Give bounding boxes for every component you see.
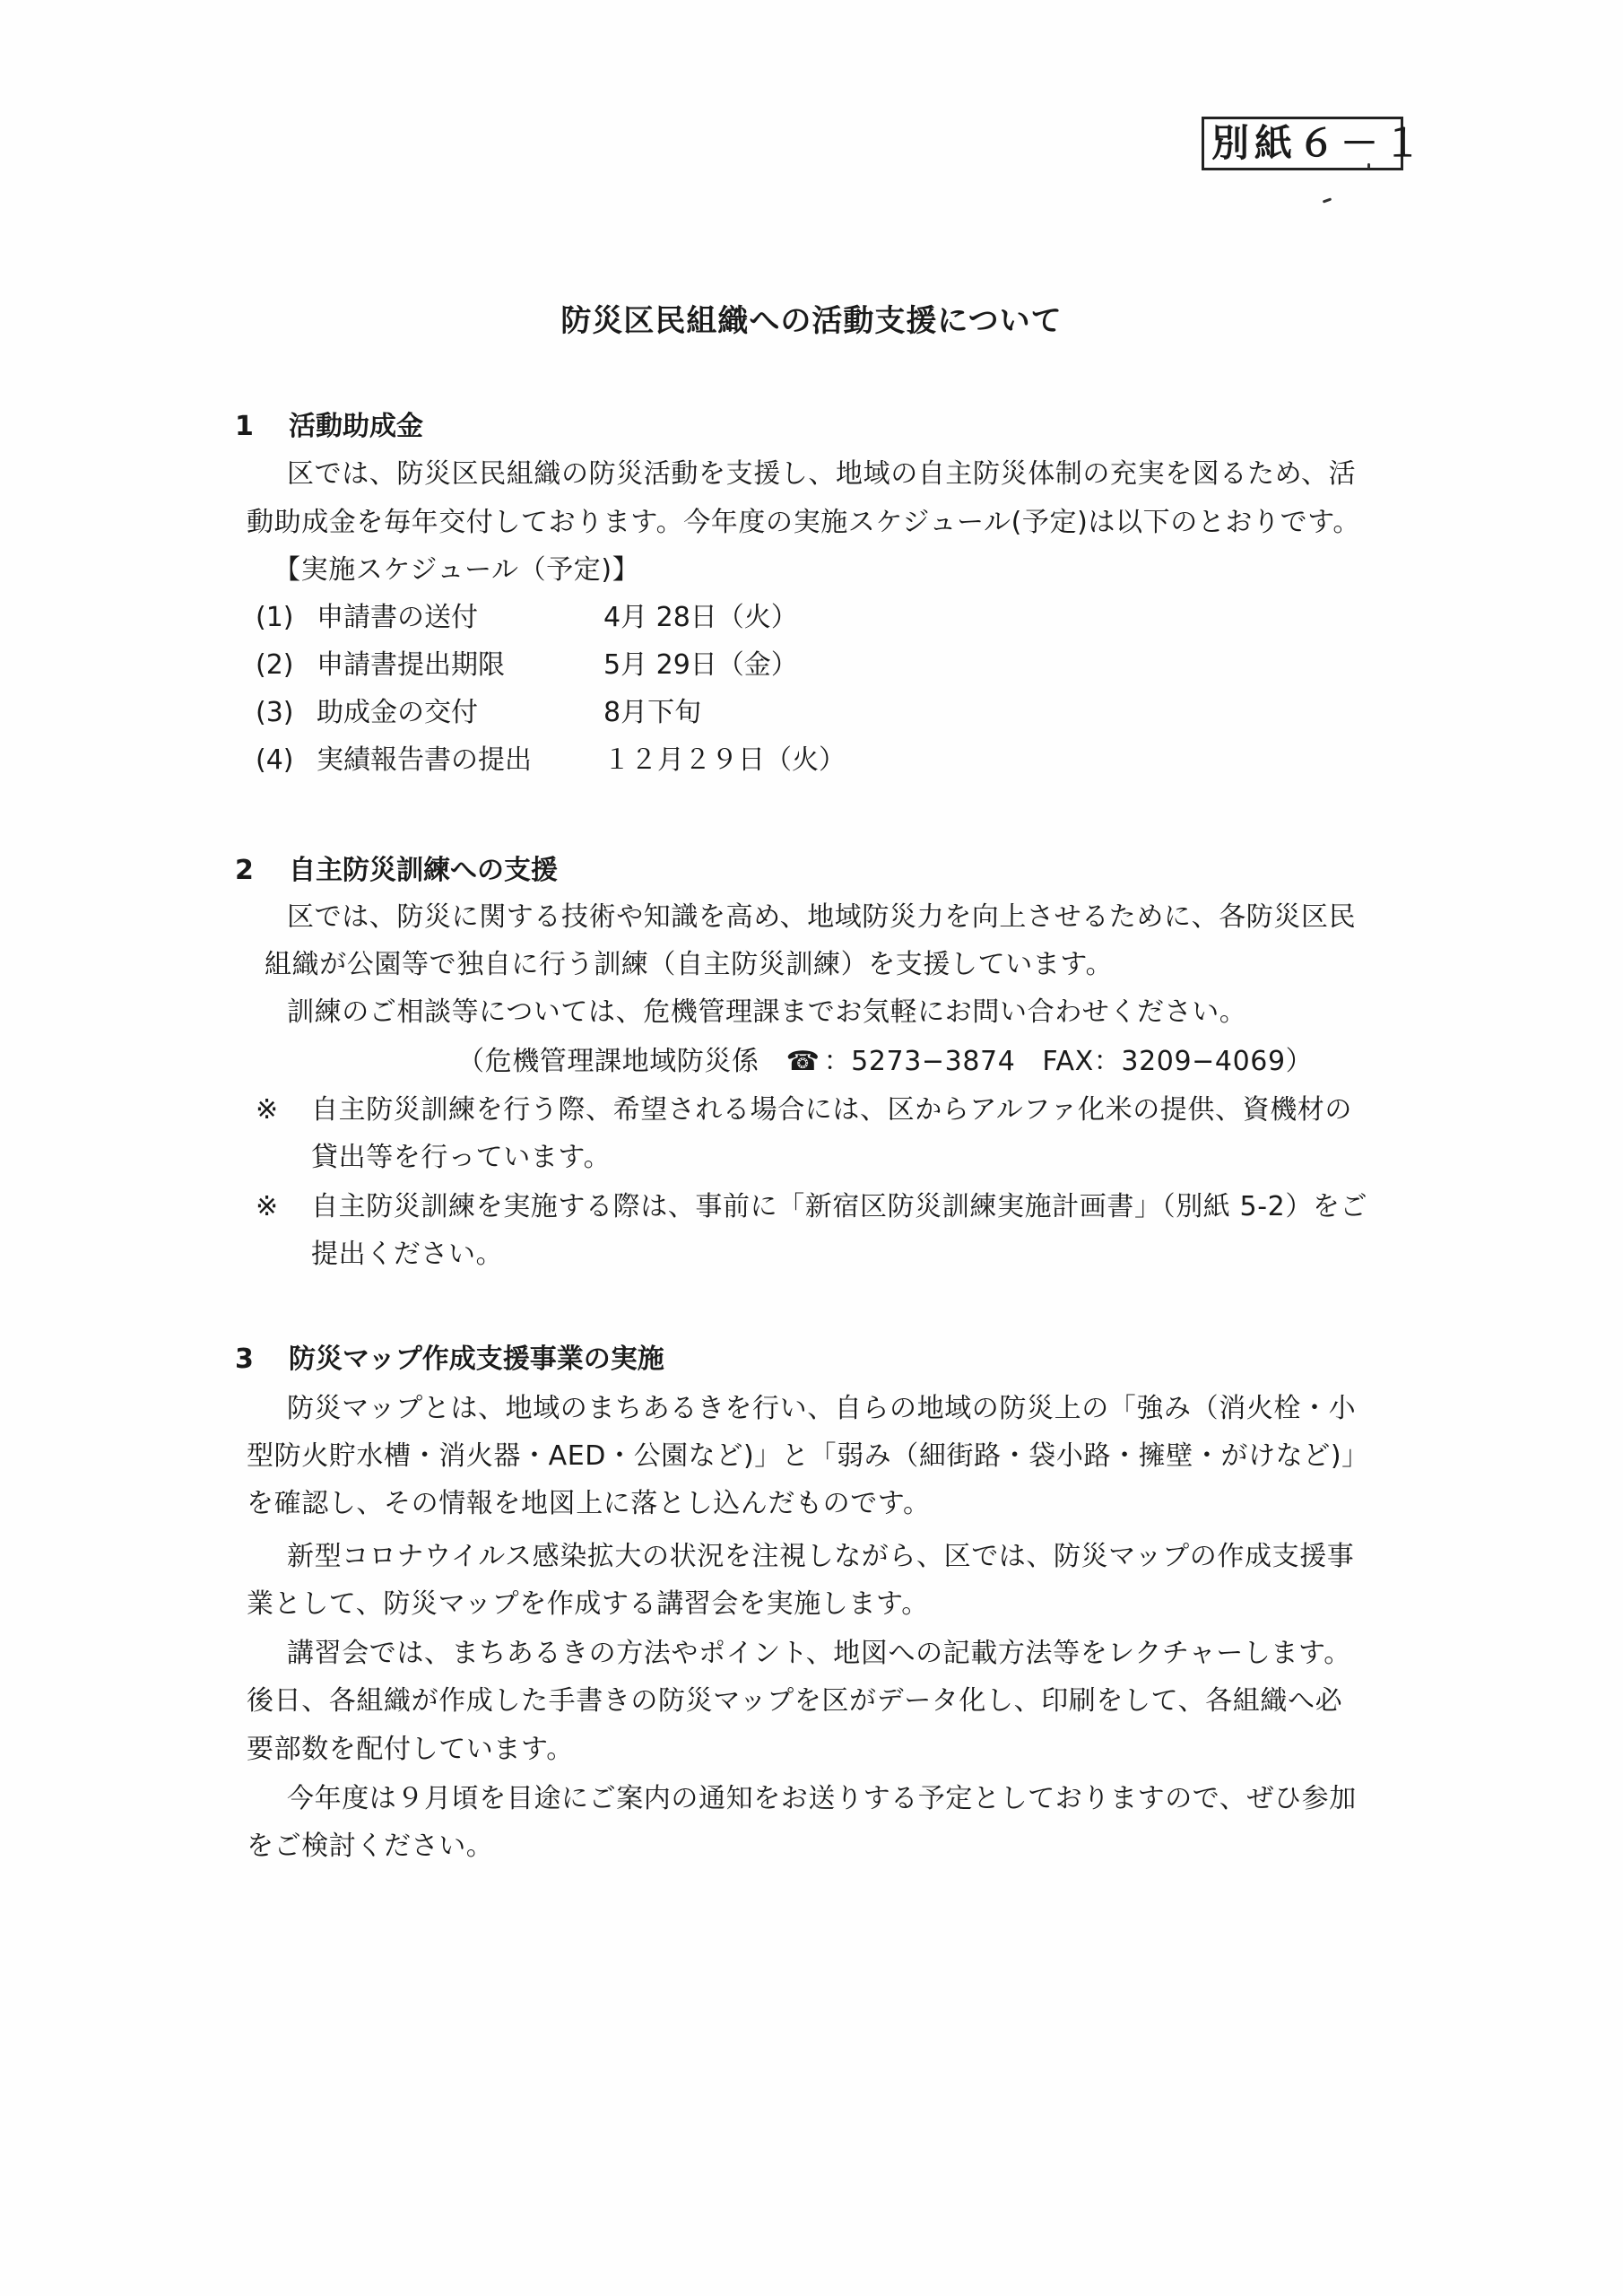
schedule-date: １２月２９日（火） (603, 744, 846, 776)
paragraph-line: 要部数を配付しています。 (247, 1726, 574, 1766)
contact-department: （危機管理課地域防災係 (457, 1046, 759, 1077)
note-text: 自主防災訓練を実施する際は、事前に「新宿区防災訓練実施計画書」（別紙 5-2）を… (311, 1191, 1367, 1222)
schedule-row: (2)申請書提出期限5月 29日（金） (256, 642, 798, 682)
paragraph-line: 区では、防災区民組織の防災活動を支援し、地域の自主防災体制の充実を図るため、活 (287, 451, 1356, 491)
document-title: 防災区民組織への活動支援について (0, 296, 1623, 340)
schedule-num: (3) (256, 697, 317, 728)
schedule-row: (4)実績報告書の提出１２月２９日（火） (256, 737, 846, 777)
schedule-item: 助成金の交付 (317, 690, 603, 729)
scan-speck (1323, 197, 1332, 203)
schedule-item: 申請書の送付 (317, 595, 603, 634)
section-2-heading: 2自主防災訓練への支援 (235, 848, 558, 887)
contact-phone: ：5273−3874 (824, 1046, 1016, 1077)
schedule-item: 申請書提出期限 (317, 642, 603, 682)
section-3-heading: 3防災マップ作成支援事業の実施 (235, 1336, 664, 1376)
telephone-icon: ☎ (786, 1046, 820, 1077)
contact-fax: FAX：3209−4069） (1042, 1046, 1313, 1077)
schedule-heading: 【実施スケジュール（予定)】 (273, 547, 639, 587)
paragraph-line: 新型コロナウイルス感染拡大の状況を注視しながら、区では、防災マップの作成支援事 (287, 1534, 1354, 1573)
schedule-num: (4) (256, 744, 317, 776)
section-number: 1 (235, 411, 289, 442)
schedule-item: 実績報告書の提出 (317, 737, 603, 777)
note-line-continued: 提出ください。 (311, 1231, 503, 1271)
paragraph-line: 業として、防災マップを作成する講習会を実施します。 (247, 1581, 929, 1621)
schedule-num: (1) (256, 602, 317, 633)
paragraph-line: 組織が公園等で独自に行う訓練（自主防災訓練）を支援しています。 (265, 942, 1113, 981)
section-title: 活動助成金 (289, 411, 423, 442)
note-mark: ※ (256, 1191, 311, 1222)
paragraph-line: 動助成金を毎年交付しております。今年度の実施スケジュール(予定)は以下のとおりで… (247, 500, 1360, 539)
contact-line: （危機管理課地域防災係☎：5273−3874FAX：3209−4069） (457, 1039, 1313, 1078)
schedule-date: 5月 29日（金） (603, 649, 798, 681)
section-number: 3 (235, 1344, 289, 1375)
paragraph-line: 講習会では、まちあるきの方法やポイント、地図への記載方法等をレクチャーします。 (287, 1631, 1351, 1670)
note-text: 自主防災訓練を行う際、希望される場合には、区からアルファ化米の提供、資機材の (311, 1094, 1352, 1126)
scan-speck (1367, 163, 1370, 169)
schedule-row: (1)申請書の送付4月 28日（火） (256, 595, 798, 634)
paragraph-line: 今年度は９月頃を目途にご案内の通知をお送りする予定としておりますので、ぜひ参加 (287, 1776, 1357, 1815)
schedule-date: 4月 28日（火） (603, 602, 798, 633)
document-page: 別紙６－１ 防災区民組織への活動支援について 1活動助成金 区では、防災区民組織… (0, 0, 1623, 2296)
paragraph-line: をご検討ください。 (247, 1823, 493, 1863)
paragraph-line: 訓練のご相談等については、危機管理課までお気軽にお問い合わせください。 (287, 989, 1246, 1029)
section-number: 2 (235, 855, 289, 886)
note-line: ※自主防災訓練を実施する際は、事前に「新宿区防災訓練実施計画書」（別紙 5-2）… (256, 1184, 1367, 1223)
section-title: 自主防災訓練への支援 (289, 855, 558, 886)
section-title: 防災マップ作成支援事業の実施 (289, 1344, 664, 1375)
paragraph-line: 型防火貯水槽・消火器・AED・公園など)」と「弱み（細街路・袋小路・擁壁・がけな… (247, 1433, 1369, 1473)
note-mark: ※ (256, 1094, 311, 1126)
section-1-heading: 1活動助成金 (235, 404, 423, 443)
schedule-row: (3)助成金の交付8月下旬 (256, 690, 701, 729)
note-line-continued: 貸出等を行っています。 (311, 1135, 611, 1174)
attachment-label-box: 別紙６－１ (1202, 117, 1403, 170)
note-line: ※自主防災訓練を行う際、希望される場合には、区からアルファ化米の提供、資機材の (256, 1087, 1352, 1126)
paragraph-line: 後日、各組織が作成した手書きの防災マップを区がデータ化し、印刷をして、各組織へ必 (247, 1678, 1342, 1718)
paragraph-line: を確認し、その情報を地図上に落とし込んだものです。 (247, 1481, 931, 1520)
schedule-date: 8月下旬 (603, 697, 701, 728)
schedule-num: (2) (256, 649, 317, 681)
paragraph-line: 防災マップとは、地域のまちあるきを行い、自らの地域の防災上の「強み（消火栓・小 (287, 1386, 1356, 1425)
paragraph-line: 区では、防災に関する技術や知識を高め、地域防災力を向上させるために、各防災区民 (287, 894, 1356, 934)
